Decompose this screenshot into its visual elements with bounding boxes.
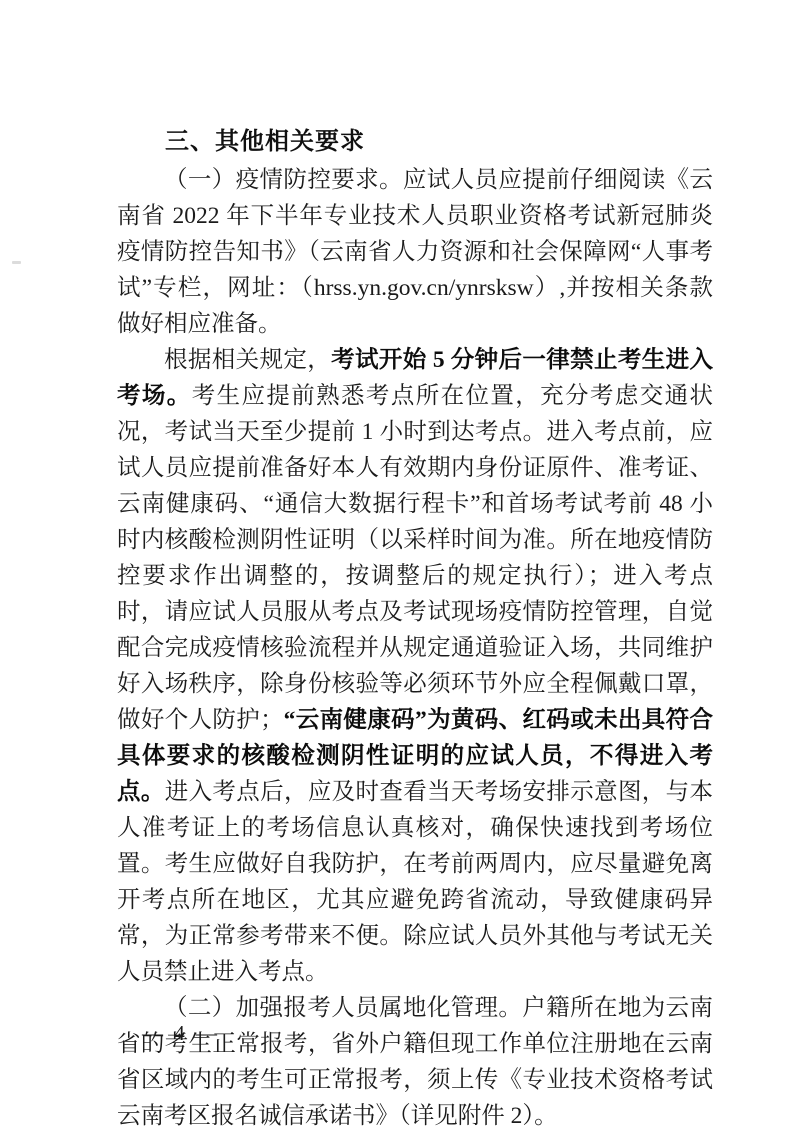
section-heading: 三、其他相关要求 [117,122,713,162]
text-segment: （一）疫情防控要求。应试人员应提前仔细阅读《云南省 2022 年下半年专业技术人… [117,167,713,337]
paragraph: （二）加强报考人员属地化管理。户籍所在地为云南省的考生正常报考，省外户籍但现工作… [117,990,713,1134]
document-content: 三、其他相关要求 （一）疫情防控要求。应试人员应提前仔细阅读《云南省 2022 … [117,122,713,1134]
text-segment: 进入考点后，应及时查看当天考场安排示意图，与本人准考证上的考场信息认真核对，确保… [117,779,713,985]
document-page: 三、其他相关要求 （一）疫情防控要求。应试人员应提前仔细阅读《云南省 2022 … [0,0,800,1135]
paragraph: （一）疫情防控要求。应试人员应提前仔细阅读《云南省 2022 年下半年专业技术人… [117,162,713,342]
text-segment: （二）加强报考人员属地化管理。户籍所在地为云南省的考生正常报考，省外户籍但现工作… [117,995,713,1129]
text-segment: 根据相关规定， [164,347,331,373]
document-body: （一）疫情防控要求。应试人员应提前仔细阅读《云南省 2022 年下半年专业技术人… [117,162,713,1134]
paragraph: 根据相关规定，考试开始 5 分钟后一律禁止考生进入考场。考生应提前熟悉考点所在位… [117,342,713,990]
text-segment: 考生应提前熟悉考点所在位置，充分考虑交通状况，考试当天至少提前 1 小时到达考点… [117,383,713,733]
scan-artifact [12,261,21,264]
page-number: — 4 — [142,1018,220,1048]
